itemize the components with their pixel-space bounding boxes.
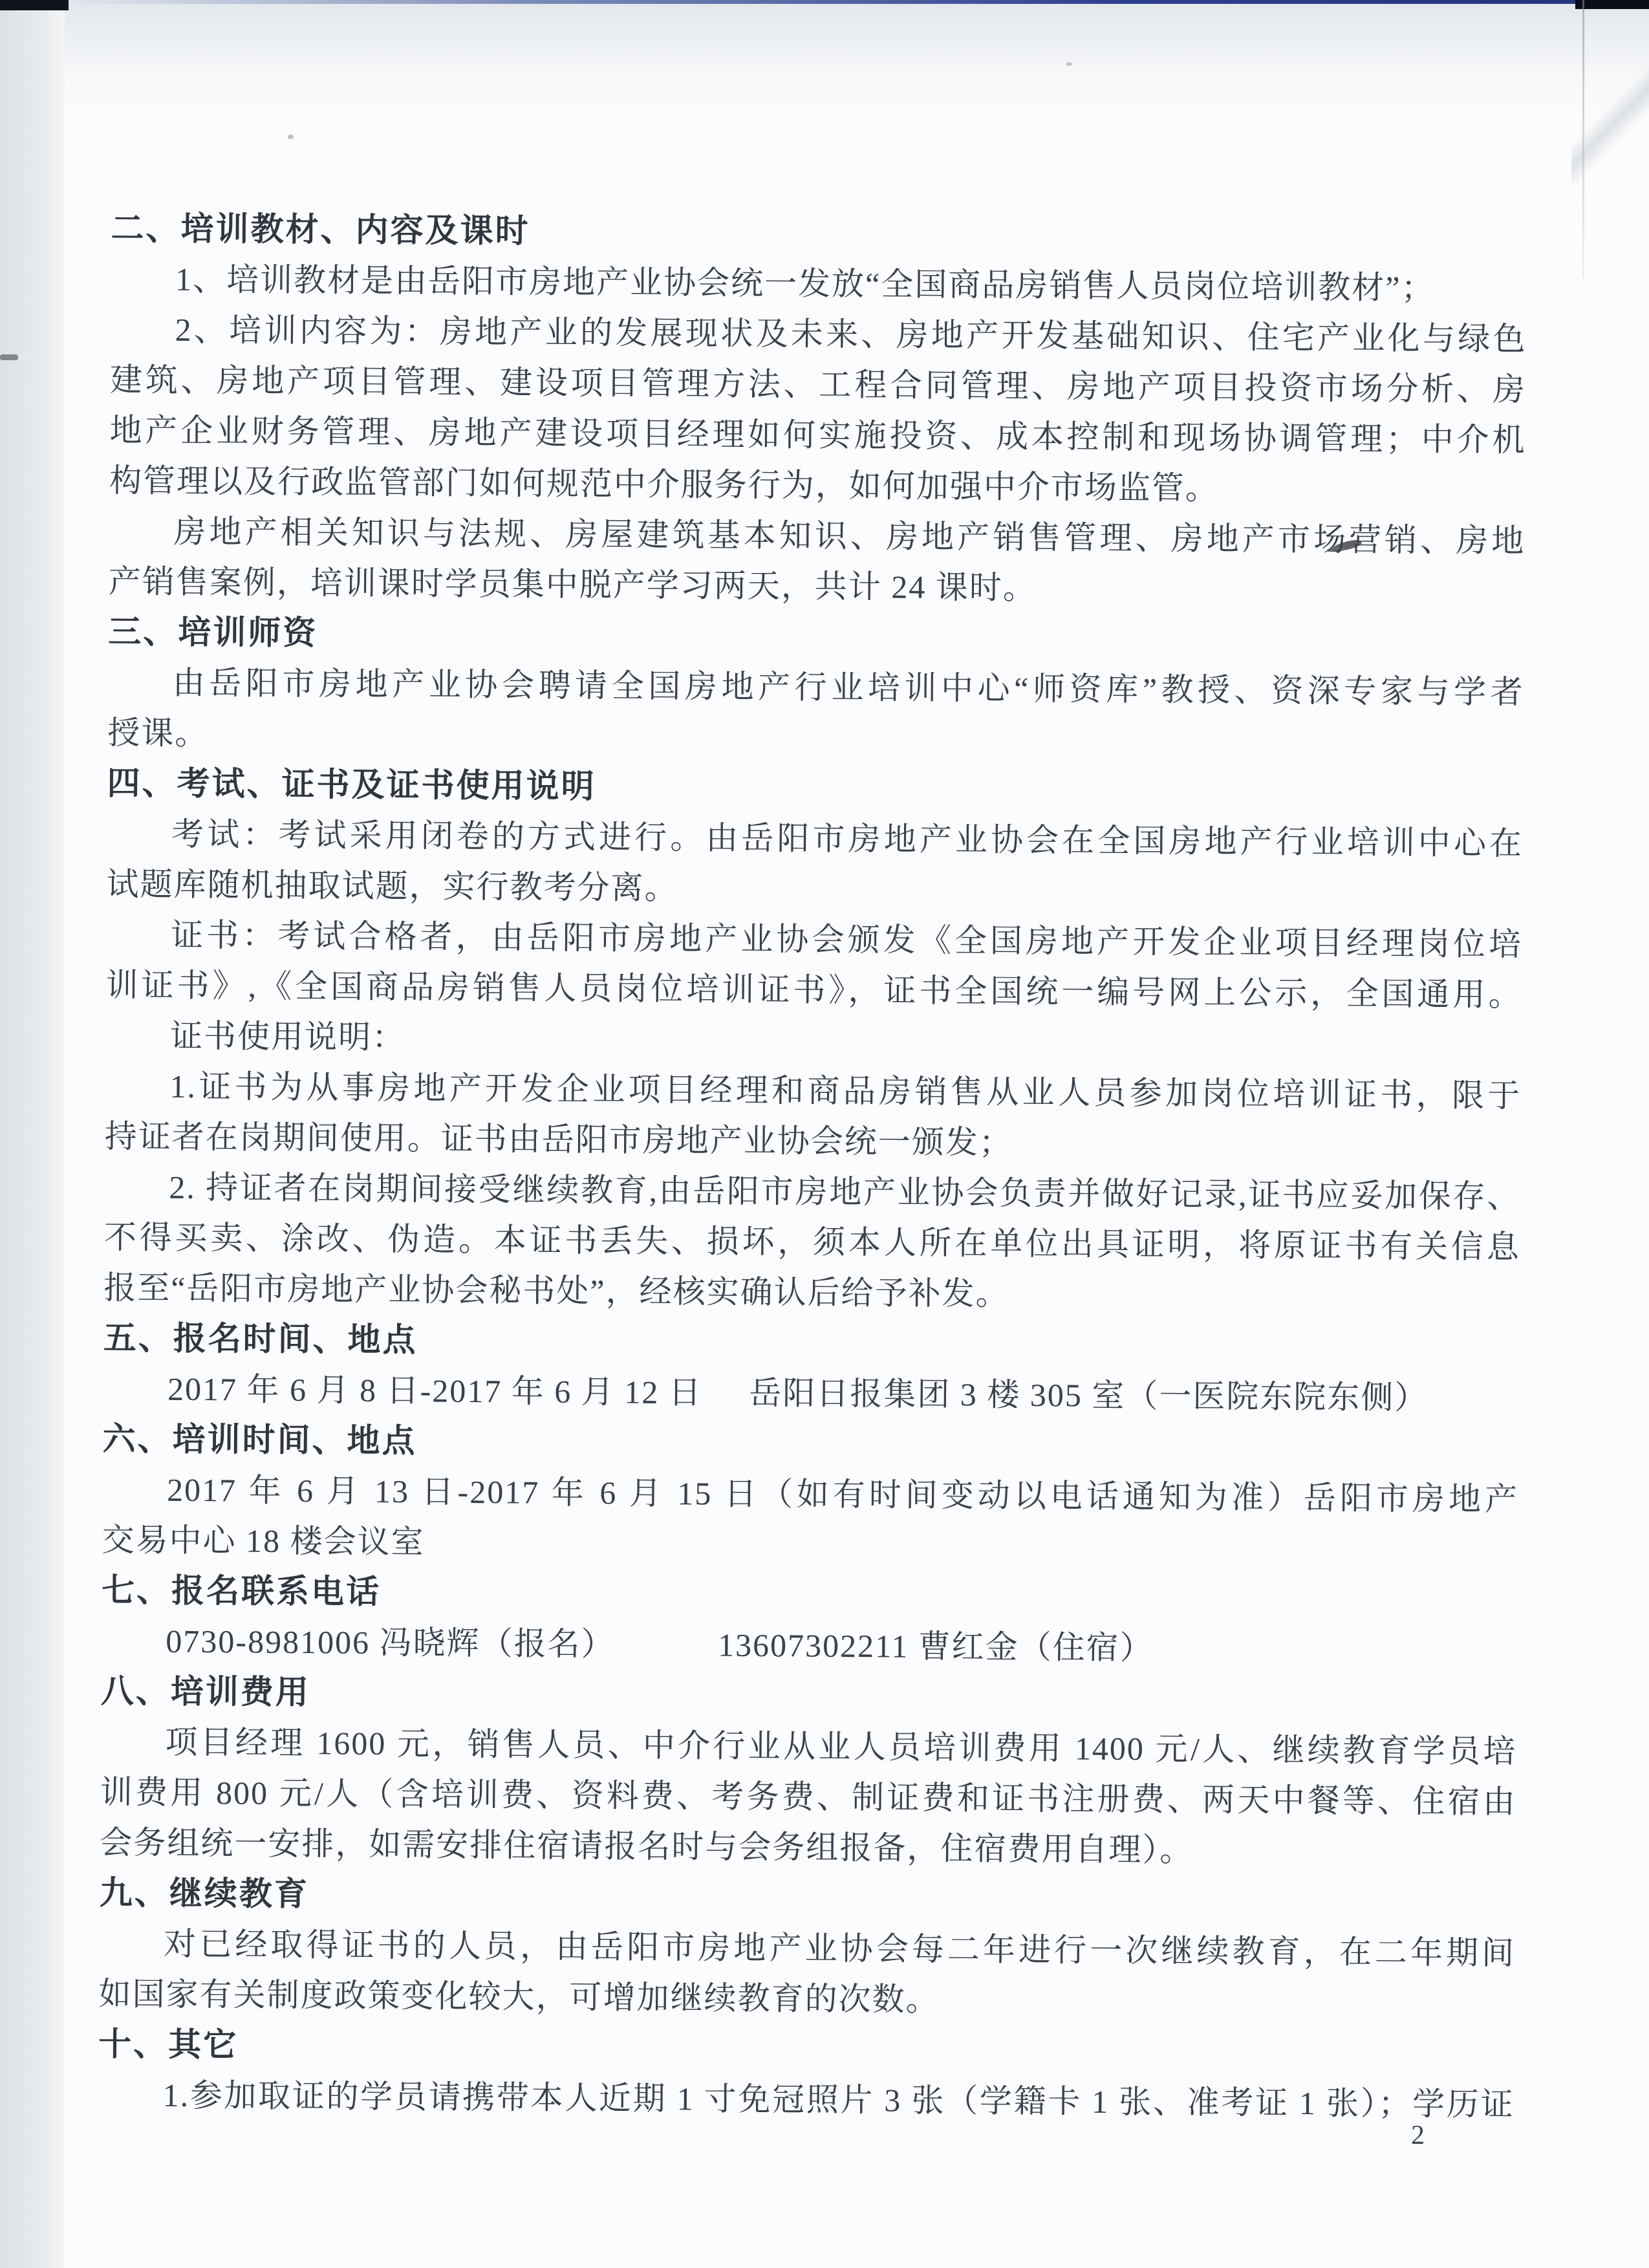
paper-speck [288,135,294,139]
doc-line-phones: 0730-8981006 冯晓辉（报名） 13607302211 曹红金（住宿） [101,1615,1517,1676]
section-heading-3: 三、培训师资 [108,607,1524,667]
doc-line: 由岳阳市房地产业协会聘请全国房地产行业培训中心“师资库”教授、资深专家与学者 [108,657,1524,717]
section-heading-8: 八、培训费用 [101,1666,1517,1726]
doc-line: 项目经理 1600 元，销售人员、中介行业从业人员培训费用 1400 元/人、继… [100,1716,1516,1777]
doc-line: 不得买卖、涂改、伪造。本证书丢失、损坏，须本人所在单位出具证明，将原证书有关信息 [104,1212,1520,1272]
scan-artifact-top-edge-line [69,0,1575,4]
doc-line: 试题库随机抽取试题，实行教考分离。 [106,859,1522,919]
section-heading-7: 七、报名联系电话 [102,1565,1518,1625]
scanned-page: 二、培训教材、内容及课时 1、培训教材是由岳阳市房地产业协会统一发放“全国商品房… [0,0,1649,2268]
section-heading-10: 十、其它 [98,2019,1514,2079]
doc-line: 1.参加取证的学员请携带本人近期 1 寸免冠照片 3 张（学籍卡 1 张、准考证… [98,2069,1514,2130]
section-heading-4: 四、考试、证书及证书使用说明 [107,758,1523,818]
scan-edge-mark [0,354,18,360]
doc-line: 会务组统一安排，如需安排住宿请报名时与会务组报备，住宿费用自理）。 [100,1817,1516,1877]
section-heading-2: 二、培训教材、内容及课时 [111,203,1527,263]
document-body: 二、培训教材、内容及课时 1、培训教材是由岳阳市房地产业协会统一发放“全国商品房… [98,203,1527,2130]
doc-line: 产销售案例，培训课时学员集中脱产学习两天，共计 24 课时。 [109,556,1525,616]
doc-line: 持证者在岗期间使用。证书由岳阳市房地产业协会统一颁发； [105,1111,1521,1171]
scan-artifact-top-right-bar [1575,0,1649,9]
doc-line: 2、培训内容为：房地产业的发展现状及未来、房地产开发基础知识、住宅产业化与绿色 [110,304,1526,364]
doc-line: 交易中心 18 楼会议室 [102,1515,1518,1575]
doc-line: 2. 持证者在岗期间接受继续教育,由岳阳市房地产业协会负责并做好记录,证书应妥加… [104,1161,1520,1222]
section-heading-6: 六、培训时间、地点 [102,1414,1518,1474]
doc-line: 1、培训教材是由岳阳市房地产业协会统一发放“全国商品房销售人员岗位培训教材”； [111,254,1527,314]
doc-line: 构管理以及行政监管部门如何规范中介服务行为，如何加强中介市场监管。 [109,455,1525,515]
doc-line: 报至“岳阳市房地产业协会秘书处”，经核实确认后给予补发。 [103,1262,1520,1323]
scan-artifact-top-left-bar [0,0,69,10]
page-number: 2 [1411,2116,1463,2155]
paper-speck [1066,62,1072,66]
doc-line: 2017 年 6 月 13 日-2017 年 6 月 15 日（如有时间变动以电… [102,1464,1518,1524]
doc-line: 地产企业财务管理、房地产建设项目经理如何实施投资、成本控制和现场协调管理；中介机 [109,405,1525,465]
doc-line: 如国家有关制度政策变化较大，可增加继续教育的次数。 [98,1969,1514,2029]
doc-line: 证书使用说明： [105,1010,1522,1070]
doc-line: 考试：考试采用闭卷的方式进行。由岳阳市房地产业协会在全国房地产行业培训中心在 [107,808,1523,869]
scanner-edge-strip [0,0,65,2268]
doc-line: 对已经取得证书的人员，由岳阳市房地产业协会每二年进行一次继续教育，在二年期间 [99,1918,1515,1978]
doc-line: 1.证书为从事房地产开发企业项目经理和商品房销售从业人员参加岗位培训证书，限于 [105,1061,1521,1121]
doc-line: 建筑、房地产项目管理、建设项目管理方法、工程合同管理、房地产项目投资市场分析、房 [110,354,1526,415]
page-fold-shadow [1571,39,1649,207]
doc-line: 训证书》,《全国商品房销售人员岗位培训证书》，证书全国统一编号网上公示，全国通用… [105,960,1522,1020]
section-heading-9: 九、继续教育 [99,1868,1515,1928]
doc-line: 授课。 [107,707,1524,768]
section-heading-5: 五、报名时间、地点 [103,1313,1519,1373]
